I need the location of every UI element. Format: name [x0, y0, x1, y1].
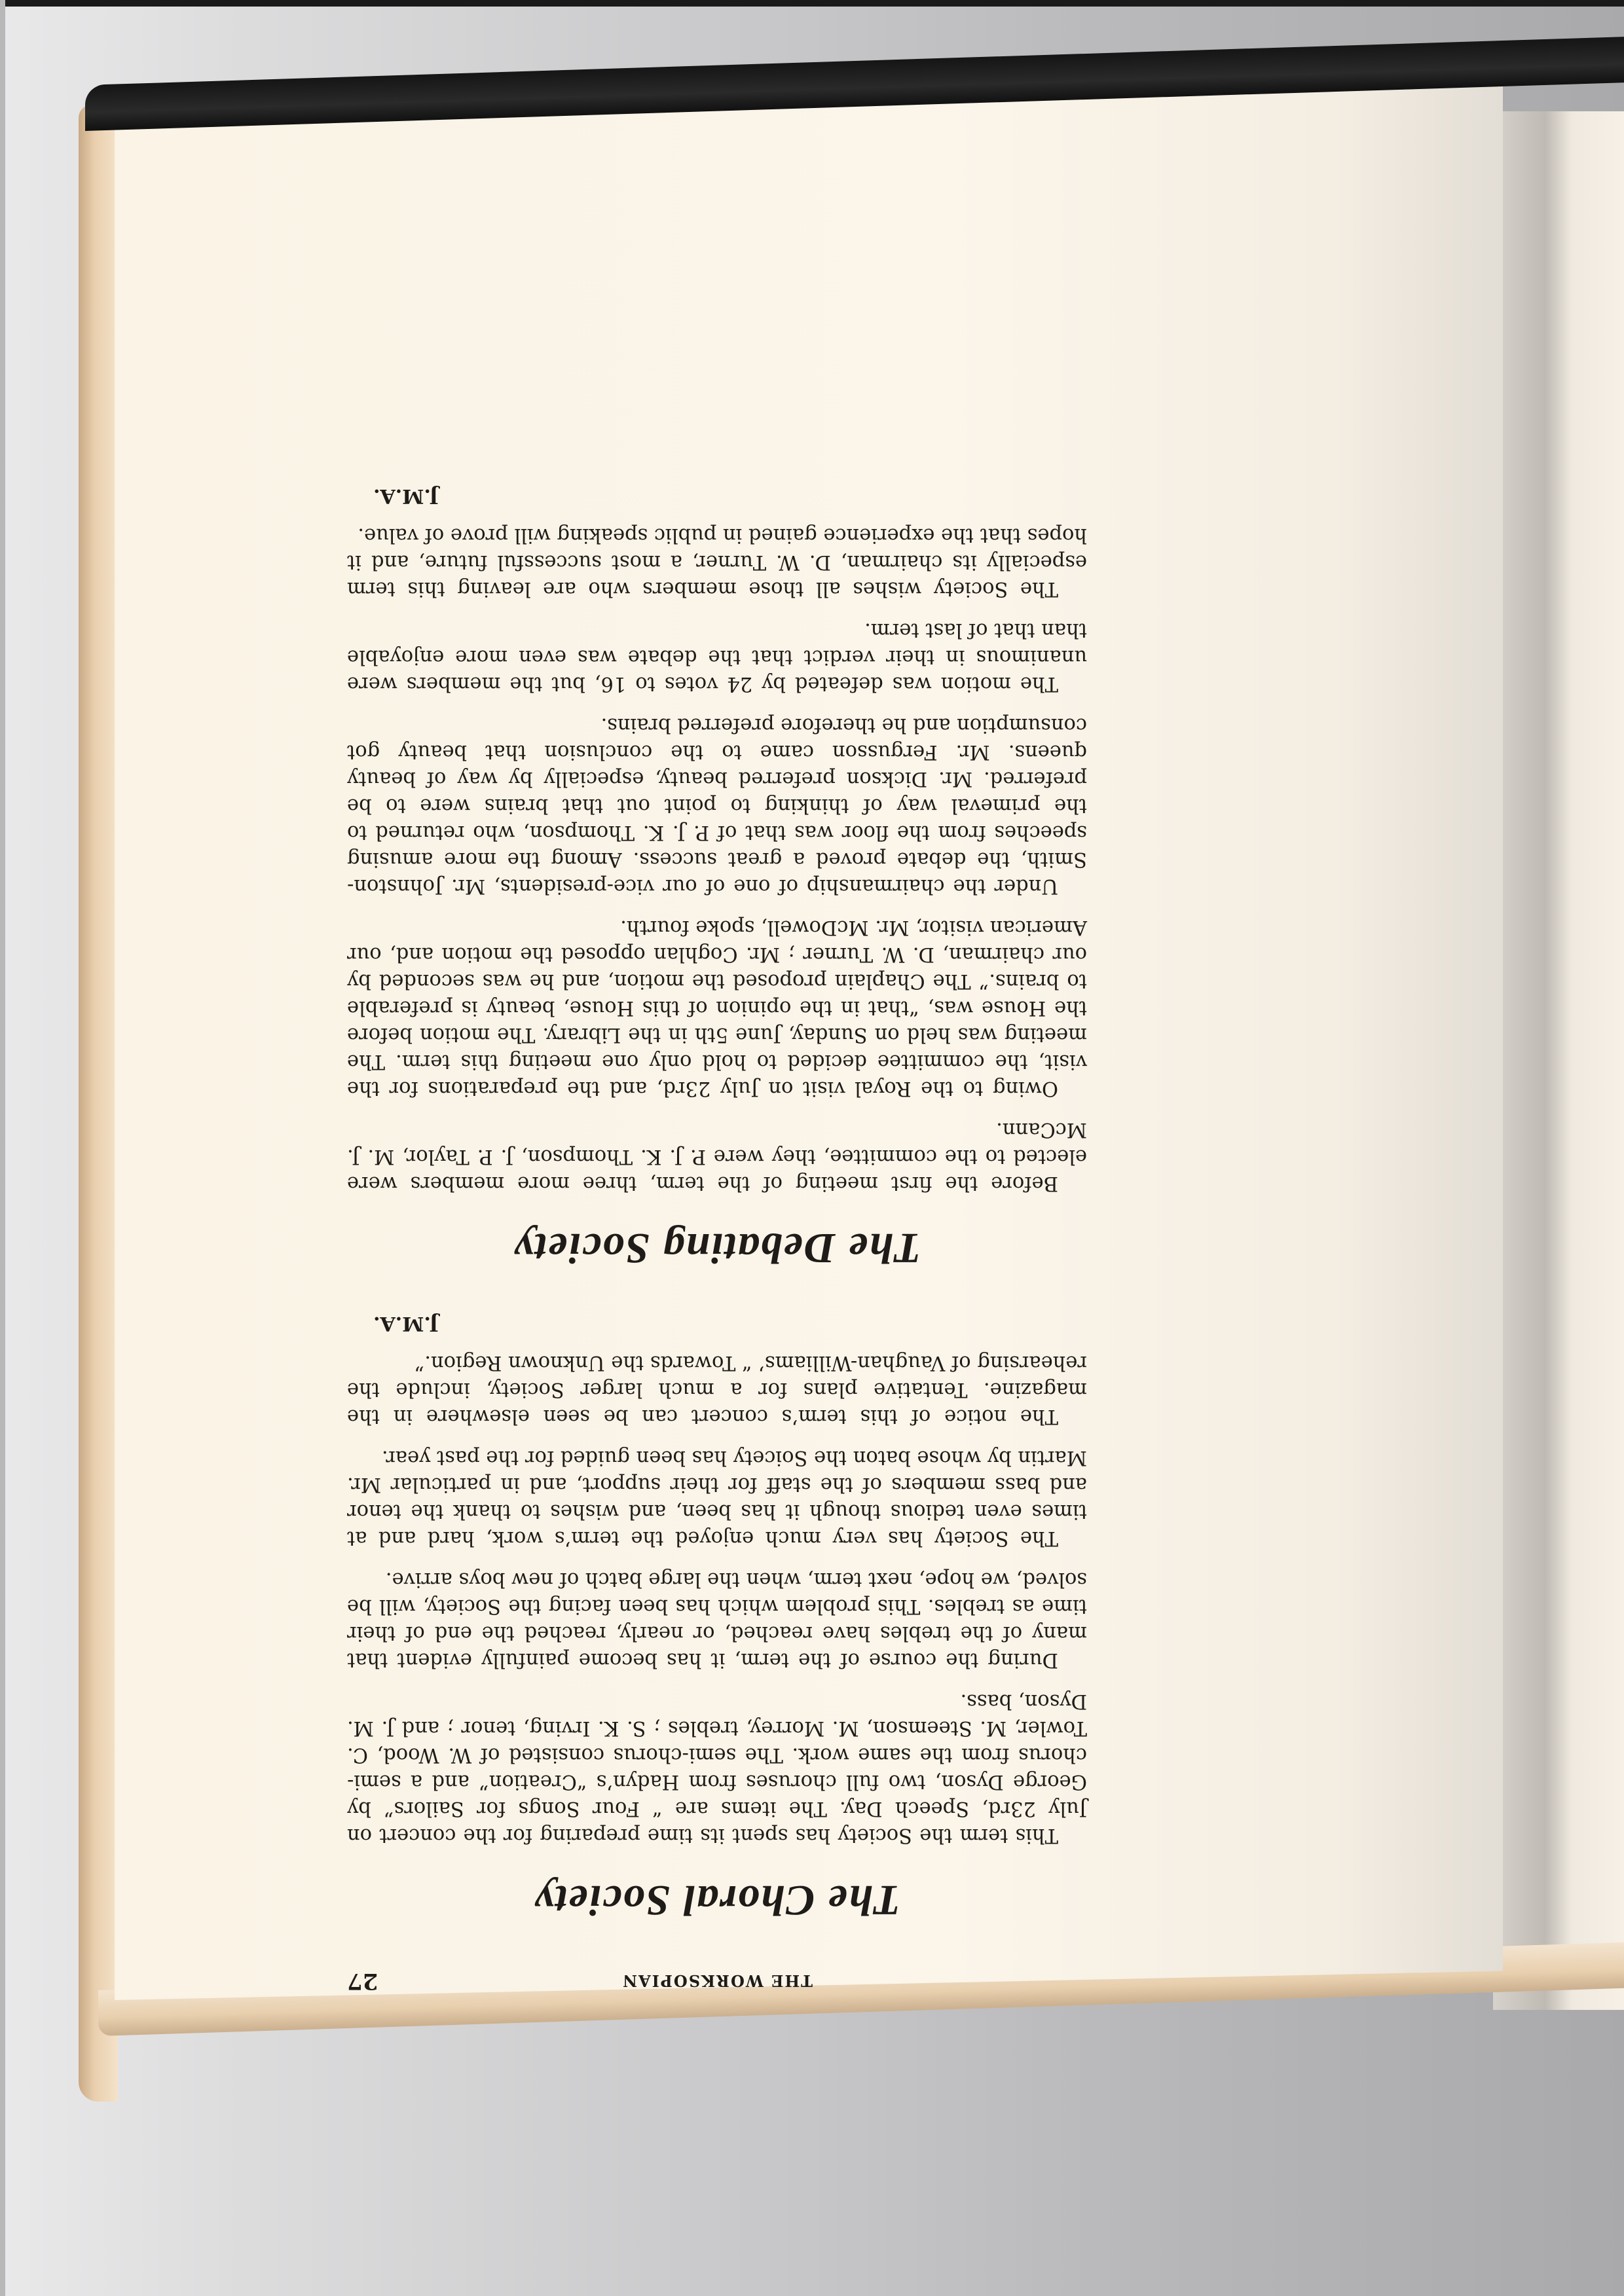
choral-society-section: The Choral Society This term the Society…: [347, 1312, 1087, 1925]
page-content-upside-down: THE WORKSOPIAN 27 The Choral Society Thi…: [347, 367, 1087, 1990]
paragraph: During the course of the term, it has be…: [347, 1566, 1087, 1673]
author-signature: J.M.A.: [373, 484, 1087, 507]
paragraph: This term the Society has spent its time…: [347, 1688, 1087, 1849]
paragraph: The motion was defeated by 24 votes to 1…: [347, 617, 1087, 697]
page-number: 27: [347, 1968, 378, 1994]
section-heading: The Choral Society: [347, 1875, 1087, 1925]
paragraph: The Society wishes all those members who…: [347, 522, 1087, 602]
scanner-left-edge: [0, 0, 5, 2296]
paragraph: Under the chairmanship of one of our vic…: [347, 712, 1087, 900]
debating-society-section: The Debating Society Before the first me…: [347, 484, 1087, 1273]
author-signature: J.M.A.: [373, 1312, 1087, 1335]
paragraph: Owing to the Royal visit on July 23rd, a…: [347, 914, 1087, 1102]
section-heading: The Debating Society: [347, 1223, 1087, 1273]
paragraph: The notice of this term’s concert can be…: [347, 1349, 1087, 1430]
paragraph: The Society has very much enjoyed the te…: [347, 1444, 1087, 1552]
running-head: THE WORKSOPIAN 27: [347, 1951, 1087, 1990]
paragraph: Before the first meeting of the term, th…: [347, 1116, 1087, 1197]
magazine-title: THE WORKSOPIAN: [621, 1971, 813, 1990]
scanner-top-edge: [0, 0, 1624, 7]
book-gutter: [1493, 111, 1624, 2010]
book-cover-left-edge: [79, 105, 118, 2102]
